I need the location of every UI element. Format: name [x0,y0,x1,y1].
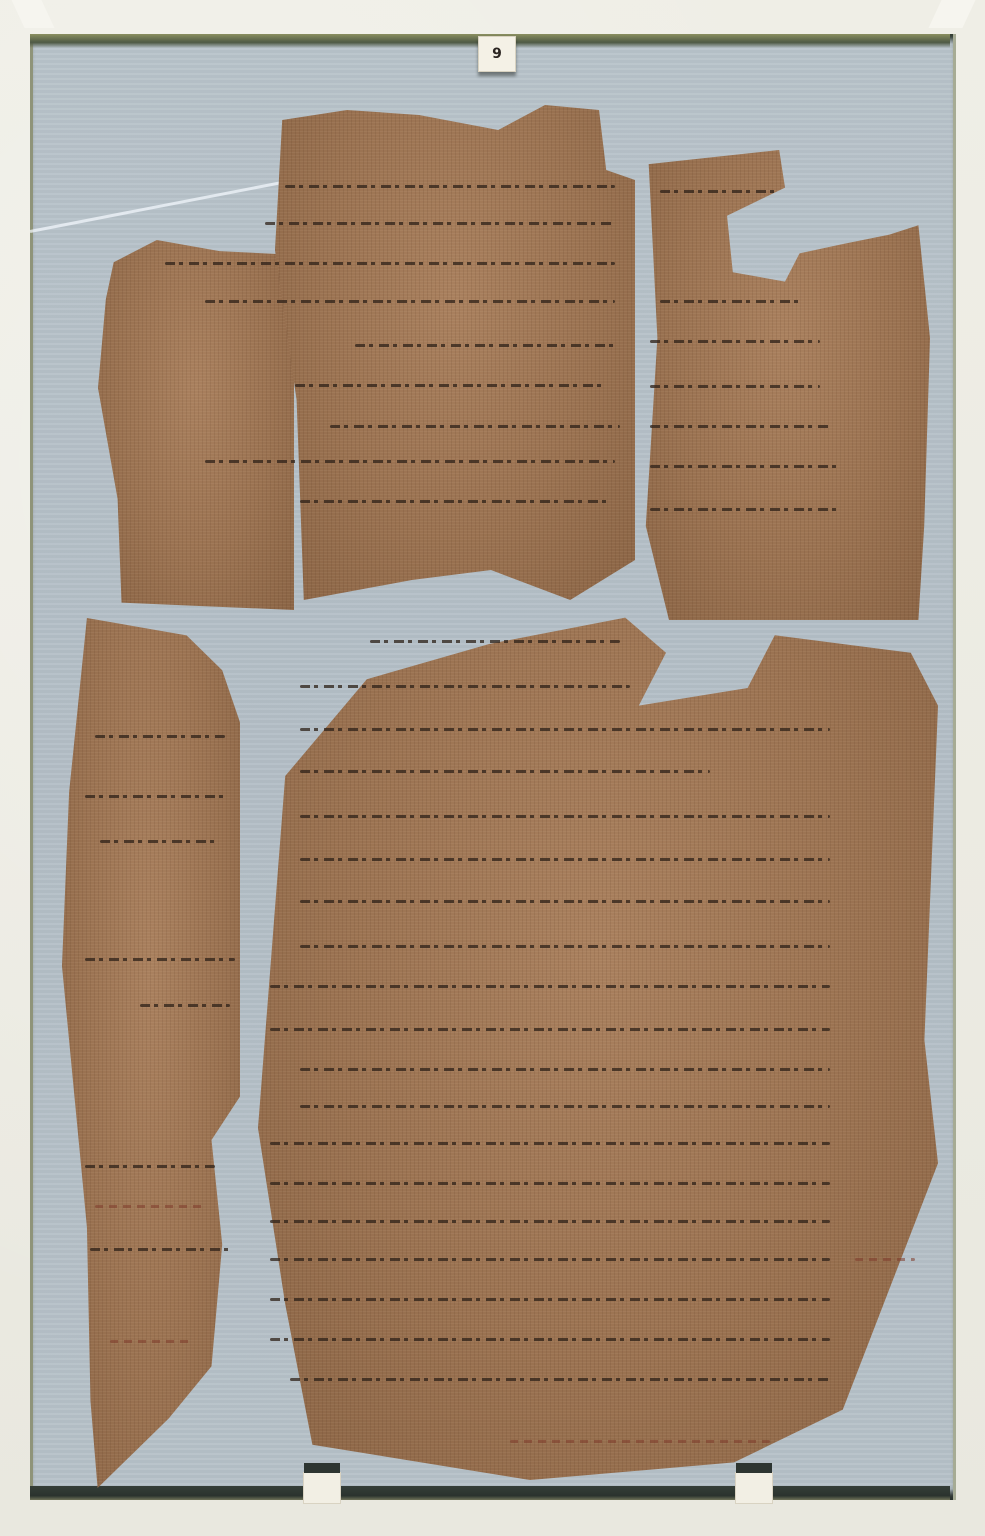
script-line [205,460,615,463]
frame-shadow-bottom [30,1486,950,1500]
script-line [270,1028,830,1031]
script-line [85,1165,215,1168]
red-script-line [855,1258,915,1261]
script-line [270,1338,830,1341]
main-lower-fragment [258,600,938,1480]
script-line [650,425,830,428]
script-line [300,900,830,903]
script-line [650,340,820,343]
red-script-line [510,1440,770,1443]
script-line [270,985,830,988]
inventory-mark [838,38,928,52]
script-line [295,384,605,387]
red-script-line [95,1205,205,1208]
upper-left-fragment [98,240,294,610]
script-line [270,1142,830,1145]
bottom-right-mount-tab [735,1472,773,1504]
script-line [270,1298,830,1301]
script-line [165,262,615,265]
script-line [95,735,225,738]
script-line [300,1068,830,1071]
upper-center-fragment [275,100,635,600]
script-line [205,300,615,303]
script-line [140,1004,230,1007]
script-line [270,1258,830,1261]
script-line [270,1220,830,1223]
script-line [85,958,235,961]
script-line [300,770,710,773]
script-line [300,815,830,818]
script-line [290,1378,830,1381]
script-line [270,1182,830,1185]
script-line [300,945,830,948]
script-line [650,465,840,468]
script-line [660,300,800,303]
script-line [300,500,610,503]
script-line [355,344,615,347]
script-line [90,1248,230,1251]
script-line [660,190,780,193]
script-line [85,795,225,798]
plate-number-label: 9 [478,36,516,72]
script-line [265,222,615,225]
script-line [300,858,830,861]
script-line [650,508,840,511]
corner-tab-top-right [928,0,975,28]
corner-tab-top-left [11,0,54,28]
script-line [330,425,620,428]
script-line [285,185,615,188]
script-line [300,1105,830,1108]
bottom-left-mount-tab [303,1472,341,1504]
script-line [100,840,220,843]
script-line [300,728,830,731]
script-line [300,685,630,688]
script-line [650,385,820,388]
red-script-line [110,1340,190,1343]
script-line [370,640,620,643]
